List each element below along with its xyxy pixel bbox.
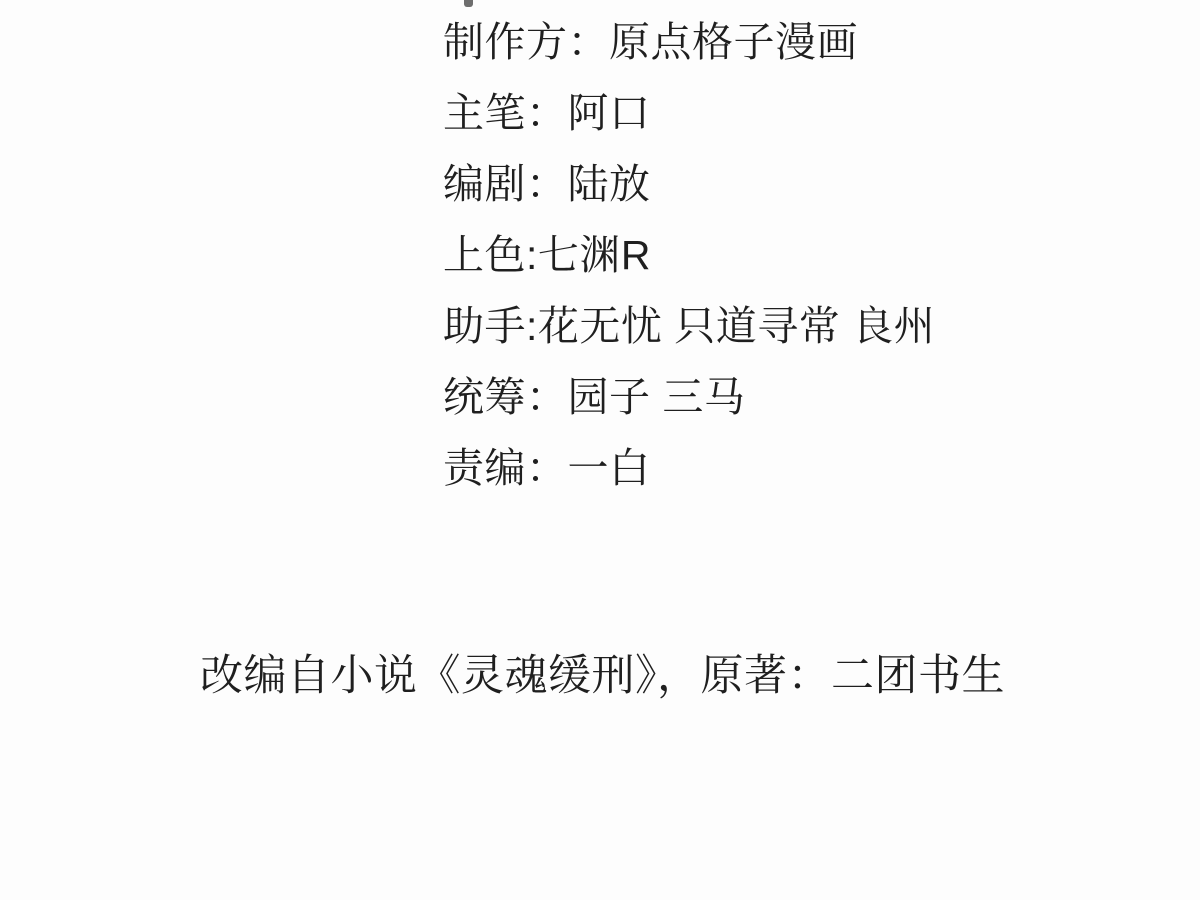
credit-line-lead-artist: 主笔：阿口	[443, 78, 935, 149]
cropped-glyph-remnant	[464, 0, 473, 7]
credit-line-assistants: 助手:花无忧 只道寻常 良州	[443, 291, 935, 362]
credit-line-colorist: 上色:七渊R	[443, 220, 935, 291]
credit-line-coordinators: 统筹：园子 三马	[443, 362, 935, 433]
credit-line-screenwriter: 编剧：陆放	[443, 149, 935, 220]
adaptation-source-note: 改编自小说《灵魂缓刑》，原著：二团书生	[200, 646, 1005, 706]
credit-line-producer: 制作方：原点格子漫画	[443, 7, 935, 78]
comic-credits-page: 制作方：原点格子漫画 主笔：阿口 编剧：陆放 上色:七渊R 助手:花无忧 只道寻…	[0, 0, 1200, 900]
credits-block: 制作方：原点格子漫画 主笔：阿口 编剧：陆放 上色:七渊R 助手:花无忧 只道寻…	[443, 7, 935, 504]
credit-line-editor: 责编：一白	[443, 433, 935, 504]
